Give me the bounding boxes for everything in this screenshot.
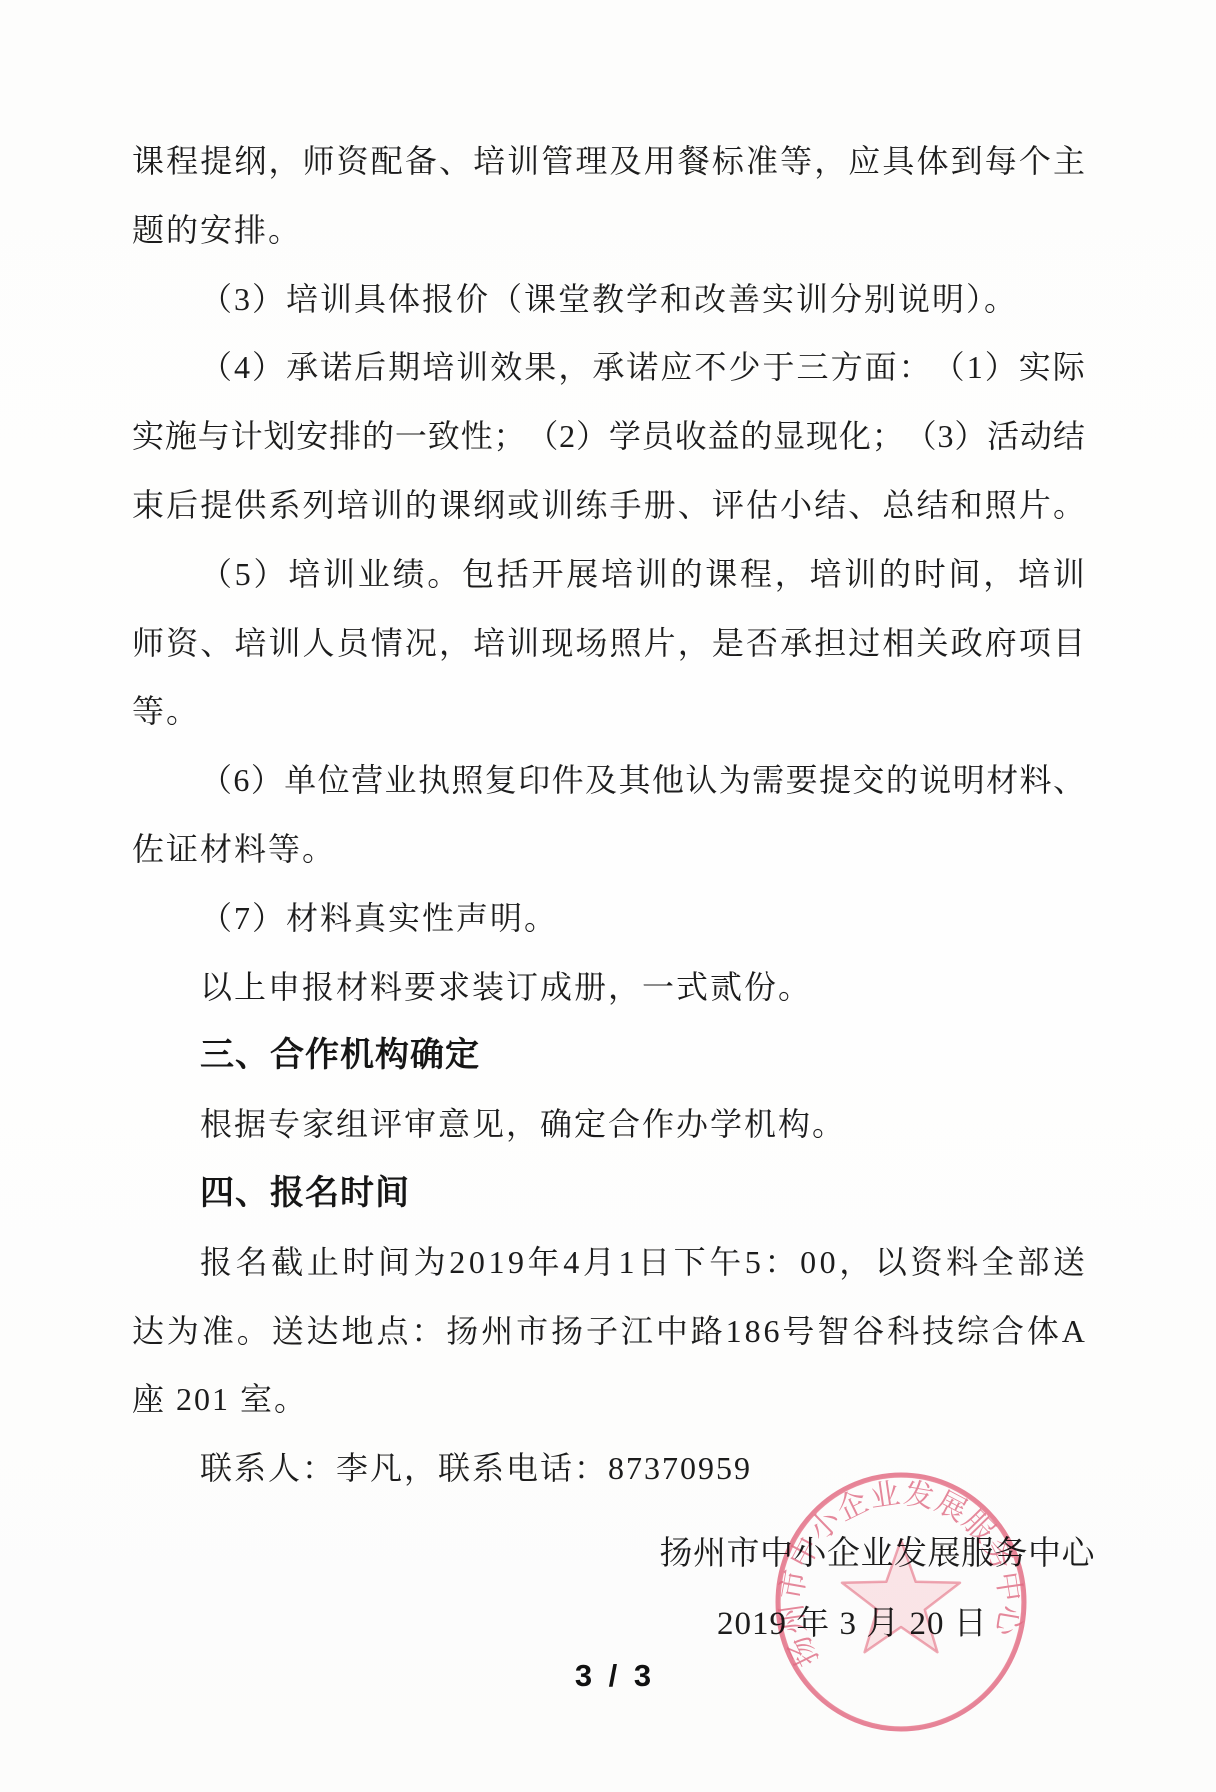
text-line: 佐证材料等。: [132, 815, 1085, 884]
text-line: 等。: [132, 677, 1085, 746]
text-line: 座 201 室。: [132, 1365, 1085, 1434]
document-page: 课程提纲，师资配备、培训管理及用餐标准等，应具体到每个主题的安排。（3）培训具体…: [0, 0, 1216, 1792]
text-line: 实施与计划安排的一致性；（2）学员收益的显现化；（3）活动结: [132, 402, 1085, 471]
section-heading: 四、报名时间: [132, 1159, 1085, 1228]
text-line: 达为准。送达地点：扬州市扬子江中路186号智谷科技综合体A: [132, 1297, 1085, 1366]
text-line: 束后提供系列培训的课纲或训练手册、评估小结、总结和照片。: [132, 471, 1085, 540]
text-line: （4）承诺后期培训效果，承诺应不少于三方面：（1）实际: [132, 333, 1085, 402]
section-heading: 三、合作机构确定: [132, 1021, 1085, 1090]
text-line: （7）材料真实性声明。: [132, 884, 1085, 953]
text-line: （6）单位营业执照复印件及其他认为需要提交的说明材料、: [132, 746, 1085, 815]
text-line: （5）培训业绩。包括开展培训的课程，培训的时间，培训: [132, 540, 1085, 609]
text-line: 以上申报材料要求装订成册，一式贰份。: [132, 953, 1085, 1022]
text-line: 师资、培训人员情况，培训现场照片，是否承担过相关政府项目: [132, 609, 1085, 678]
text-line: （3）培训具体报价（课堂教学和改善实训分别说明）。: [132, 265, 1085, 334]
text-line: 题的安排。: [132, 196, 1085, 265]
text-line: 报名截止时间为2019年4月1日下午5：00，以资料全部送: [132, 1228, 1085, 1297]
star-icon: [842, 1540, 960, 1652]
page-number: 3 / 3: [560, 1658, 670, 1694]
document-body: 课程提纲，师资配备、培训管理及用餐标准等，应具体到每个主题的安排。（3）培训具体…: [132, 127, 1085, 1503]
official-seal-icon: 扬州市中小企业发展服务中心: [770, 1468, 1032, 1736]
text-line: 根据专家组评审意见，确定合作办学机构。: [132, 1090, 1085, 1159]
text-line: 课程提纲，师资配备、培训管理及用餐标准等，应具体到每个主: [132, 127, 1085, 196]
